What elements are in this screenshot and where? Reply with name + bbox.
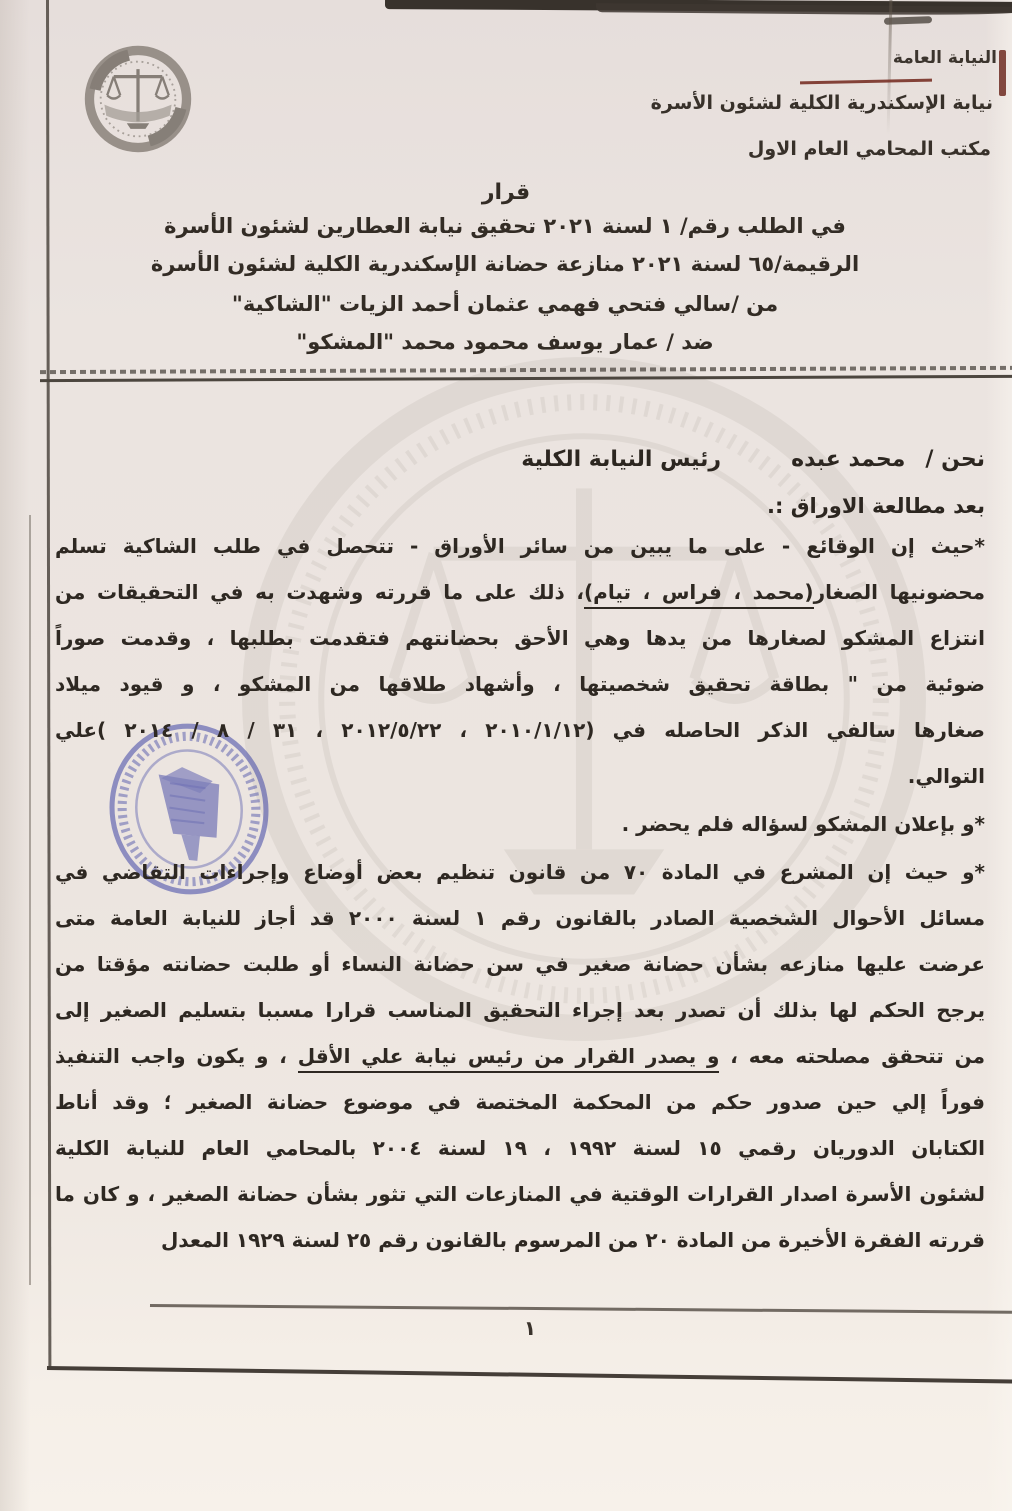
legal-line-6: فوراً إلي حين صدور حكم من المحكمة المختص… <box>55 1080 985 1126</box>
after-review-line: بعد مطالعة الاوراق :. <box>767 494 985 518</box>
scanned-legal-document: النيابة العامة نيابة الإسكندرية الكلية ل… <box>0 0 1012 1511</box>
legal-line-2: مسائل الأحوال الشخصية الصادر بالقانون رق… <box>55 896 985 942</box>
legal-line-3: عرضت عليها منازعه بشأن حضانة صغير في سن … <box>55 942 985 988</box>
intro-we-label: نحن / <box>925 447 985 472</box>
red-pen-edge-mark <box>999 50 1006 96</box>
facts-line-5: صغارها سالفي الذكر الحاصله في (٢٠١٠/١/١٢… <box>55 708 985 754</box>
page-left-border-faint-line <box>29 515 31 1285</box>
facts-line-2-end: ، ذلك على ما قررته وشهدت به في التحقيقات… <box>55 580 584 604</box>
intro-officer-name: محمد عبده <box>791 447 905 472</box>
page-number: ١ <box>0 1316 1012 1340</box>
title-request-line: في الطلب رقم/ ١ لسنة ٢٠٢١ تحقيق نيابة ال… <box>40 214 970 238</box>
facts-line-2-start: محضونيها الصغار <box>814 580 985 604</box>
footer-thin-line <box>150 1304 1012 1313</box>
legal-line-4: يرجح الحكم لها بذلك أن تصدر بعد إجراء ال… <box>55 988 985 1034</box>
facts-line-2: محضونيها الصغار(محمد ، فراس ، تيام)، ذلك… <box>55 570 985 616</box>
children-names-underlined: (محمد ، فراس ، تيام) <box>584 580 814 609</box>
legal-line-8: لشئون الأسرة اصدار القرارات الوقتية في ا… <box>55 1172 985 1218</box>
facts-line-6: التوالي. <box>55 754 985 800</box>
intro-line: نحن / محمد عبده رئيس النيابة الكلية <box>521 447 985 472</box>
legal-line-1: *و حيث إن المشرع في المادة ٧٠ من قانون ت… <box>55 850 985 896</box>
scales-of-justice-seal-icon <box>82 42 194 156</box>
page-bottom-border-line <box>47 1366 1012 1383</box>
facts-line-4: ضوئية من " بطاقة تحقيق شخصيتها ، وأشهاد … <box>55 662 985 708</box>
legal-line-5-end: ، و يكون واجب التنفيذ <box>55 1044 298 1068</box>
scan-edge-shadow <box>0 0 30 1511</box>
red-pen-underline <box>800 79 932 85</box>
header-prosecution-office: نيابة الإسكندرية الكلية لشئون الأسرة <box>651 92 993 114</box>
facts-line-3: انتزاع المشكو لصغارها من يدها وهي الأحق … <box>55 616 985 662</box>
document-title-decision: قرار <box>0 180 1012 205</box>
intro-officer-title: رئيس النيابة الكلية <box>521 447 721 472</box>
header-general-prosecution: النيابة العامة <box>893 48 997 68</box>
header-attorney-office: مكتب المحامي العام الاول <box>748 138 991 160</box>
scan-edge-highlight <box>986 0 1012 1511</box>
legal-line-5-start: من تتحقق مصلحته معه ، <box>719 1044 985 1068</box>
legal-line-5: من تتحقق مصلحته معه ، و يصدر القرار من ر… <box>55 1034 985 1080</box>
decision-authority-underlined: و يصدر القرار من رئيس نيابة علي الأقل <box>298 1044 720 1073</box>
notice-line: *و بإعلان المشكو لسؤاله فلم يحضر . <box>55 802 985 848</box>
legal-paragraph: *و حيث إن المشرع في المادة ٧٠ من قانون ت… <box>55 850 985 1264</box>
notice-paragraph: *و بإعلان المشكو لسؤاله فلم يحضر . <box>55 802 985 848</box>
legal-line-9: قررته الفقرة الأخيرة من المادة ٢٠ من الم… <box>55 1218 985 1264</box>
page-left-border-line <box>46 0 51 1370</box>
title-respondent-line: ضد / عمار يوسف محمود محمد "المشكو" <box>40 330 970 354</box>
title-numbered-line: الرقيمة/٦٥ لسنة ٢٠٢١ منازعة حضانة الإسكن… <box>40 252 970 276</box>
title-claimant-line: من /سالي فتحي فهمي عثمان أحمد الزيات "ال… <box>40 292 970 316</box>
facts-paragraph: *حيث إن الوقائع - على ما يبين من سائر ال… <box>55 524 985 800</box>
facts-line-1: *حيث إن الوقائع - على ما يبين من سائر ال… <box>55 524 985 570</box>
legal-line-7: الكتابان الدوريان رقمي ١٥ لسنة ١٩٩٢ ، ١٩… <box>55 1126 985 1172</box>
